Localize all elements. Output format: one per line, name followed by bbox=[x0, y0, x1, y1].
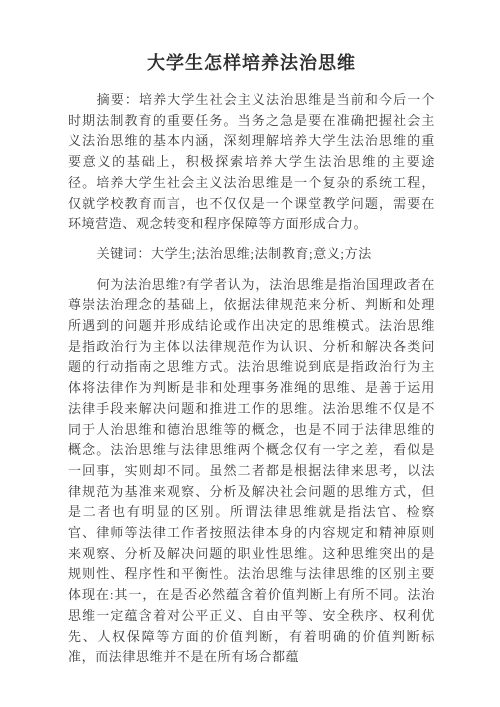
document-page: 大学生怎样培养法治思维 摘要：培养大学生社会主义法治思维是当前和今后一个时期法制… bbox=[0, 0, 500, 707]
body-paragraph: 何为法治思维?有学者认为，法治思维是指治国理政者在尊崇法治理念的基础上，依据法律… bbox=[68, 275, 435, 668]
document-title: 大学生怎样培养法治思维 bbox=[68, 50, 435, 76]
keywords-line: 关键词：大学生;法治思维;法制教育;意义;方法 bbox=[68, 244, 435, 265]
abstract-paragraph: 摘要：培养大学生社会主义法治思维是当前和今后一个时期法制教育的重要任务。当务之急… bbox=[68, 90, 435, 235]
